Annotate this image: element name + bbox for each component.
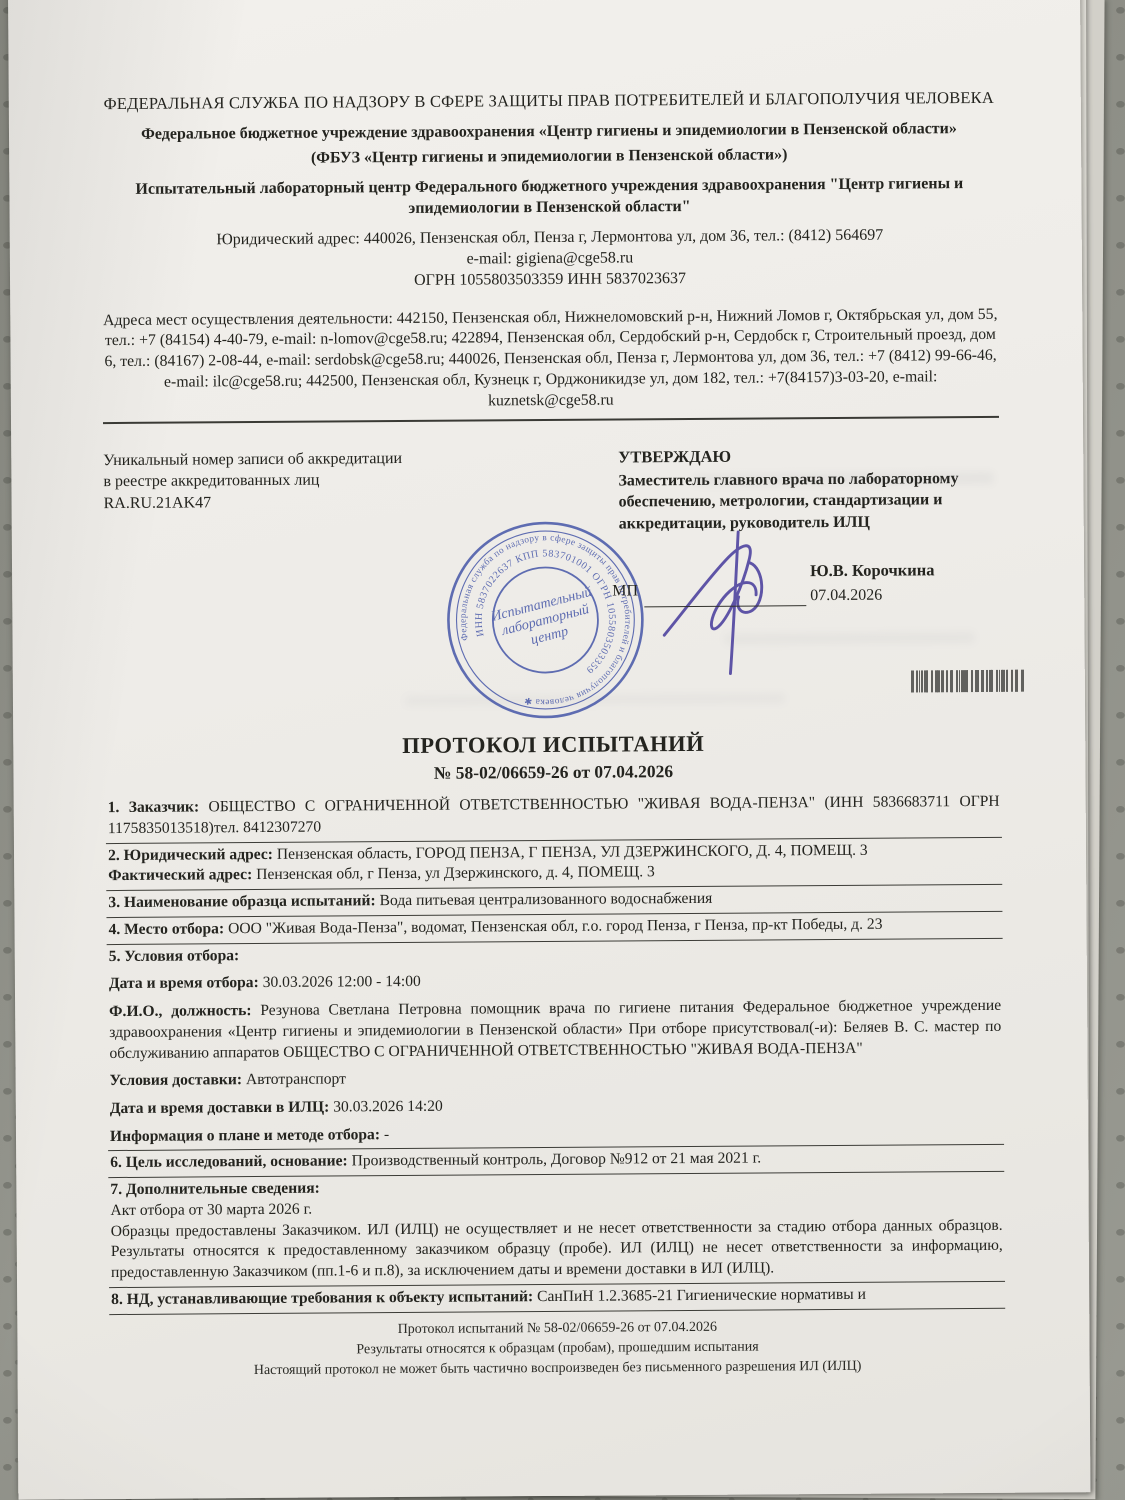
section-line: Условия доставки:Автотранспорт: [110, 1065, 1002, 1092]
approval-date: 07.04.2026: [810, 587, 882, 606]
section-label: 4. Место отбора:: [108, 920, 228, 938]
section-label: Дата и время доставки в ИЛЦ:: [110, 1098, 333, 1117]
testing-lab-center-name: Испытательный лабораторный центр Федерал…: [101, 173, 997, 221]
section-label: 7. Дополнительные сведения:: [110, 1180, 320, 1198]
section-value: Производственный контроль, Договор №912 …: [352, 1150, 762, 1170]
protocol-sections: 1. Заказчик:ОБЩЕСТВО С ОГРАНИЧЕННОЙ ОТВЕ…: [106, 790, 1006, 1315]
page-content: ФЕДЕРАЛЬНАЯ СЛУЖБА ПО НАДЗОРУ В СФЕРЕ ЗА…: [100, 0, 1006, 1383]
section-label: Ф.И.О., должность:: [109, 1002, 260, 1020]
section-label: 6. Цель исследований, основание:: [110, 1153, 352, 1172]
section-value: Пензенская обл, г Пенза, ул Дзержинского…: [256, 864, 655, 884]
section-label: 5. Условия отбора:: [109, 947, 240, 965]
document-title: ПРОТОКОЛ ИСПЫТАНИЙ: [105, 728, 1001, 762]
section-sampling-conditions: 5. Условия отбора: Дата и время отбора:3…: [107, 938, 1004, 1151]
mp-seal-label: МП: [612, 583, 638, 601]
letterhead: ФЕДЕРАЛЬНАЯ СЛУЖБА ПО НАДЗОРУ В СФЕРЕ ЗА…: [100, 0, 999, 415]
section-additional-info: 7. Дополнительные сведения: Акт отбора о…: [108, 1172, 1005, 1288]
section-label: Информация о плане и методе отбора:: [110, 1126, 384, 1145]
section-line: Информация о плане и методе отбора:-: [110, 1121, 1002, 1148]
section-line: 5. Условия отбора:: [109, 940, 1001, 967]
section-customer: 1. Заказчик:ОБЩЕСТВО С ОГРАНИЧЕННОЙ ОТВЕ…: [106, 790, 1002, 844]
approval-block: УТВЕРЖДАЮ Заместитель главного врача по …: [618, 444, 1000, 535]
section-line: 6. Цель исследований, основание:Производ…: [110, 1147, 1002, 1174]
activity-addresses: Адреса мест осуществления деятельности: …: [102, 304, 999, 414]
header-divider: [103, 416, 999, 424]
section-label: Условия доставки:: [110, 1071, 246, 1089]
section-value: -: [384, 1126, 389, 1143]
bleed-through-ghost: [693, 472, 993, 486]
accreditation-number: RA.RU.21AK47: [103, 490, 503, 514]
page-footer: Протокол испытаний № 58-02/06659-26 от 0…: [109, 1315, 1005, 1382]
accreditation-line: Уникальный номер записи об аккредитации: [103, 447, 503, 471]
section-line: 4. Место отбора:ООО "Живая Вода-Пенза", …: [108, 914, 1000, 941]
signature-stroke: [664, 546, 757, 636]
section-value: 30.03.2026 12:00 - 14:00: [263, 973, 421, 991]
signer-name: Ю.В. Корочкина: [810, 560, 935, 581]
section-label: 1. Заказчик:: [108, 799, 209, 817]
handwritten-signature: [656, 526, 783, 683]
photographed-document-scene: ФЕДЕРАЛЬНАЯ СЛУЖБА ПО НАДЗОРУ В СФЕРЕ ЗА…: [0, 0, 1125, 1500]
barcode: [911, 670, 1025, 693]
protocol-page: ФЕДЕРАЛЬНАЯ СЛУЖБА ПО НАДЗОРУ В СФЕРЕ ЗА…: [8, 0, 1090, 1500]
org-full-name: Федеральное бюджетное учреждение здравоо…: [101, 118, 997, 145]
section-value: ООО "Живая Вода-Пенза", водомат, Пензенс…: [228, 916, 883, 938]
section-line: Дата и время доставки в ИЛЦ:30.03.2026 1…: [110, 1093, 1002, 1120]
section-line: 1. Заказчик:ОБЩЕСТВО С ОГРАНИЧЕННОЙ ОТВЕ…: [108, 792, 1000, 840]
org-short-name: (ФБУЗ «Центр гигиены и эпидемиологии в П…: [101, 143, 997, 170]
section-line: 3. Наименование образца испытаний:Вода п…: [108, 887, 1000, 914]
section-value: Вода питьевая централизованного водоснаб…: [380, 890, 713, 909]
section-value: СанПиН 1.2.3685-21 Гигиенические нормати…: [537, 1286, 866, 1305]
section-label: Фактический адрес:: [108, 866, 256, 884]
section-line: Ф.И.О., должность:Резунова Светлана Петр…: [109, 996, 1001, 1064]
section-label: 2. Юридический адрес:: [108, 846, 277, 864]
section-label: Дата и время отбора:: [109, 974, 263, 992]
section-label: 3. Наименование образца испытаний:: [108, 892, 379, 911]
section-line: Дата и время отбора:30.03.2026 12:00 - 1…: [109, 968, 1001, 995]
section-line: 8. НД, устанавливающие требования к объе…: [111, 1284, 1003, 1311]
section-addresses: 2. Юридический адрес:Пензенская область,…: [106, 837, 1002, 891]
section-label: 8. НД, устанавливающие требования к объе…: [111, 1288, 537, 1308]
accreditation-block: Уникальный номер записи об аккредитации …: [103, 447, 504, 538]
section-value: 30.03.2026 14:20: [333, 1098, 443, 1116]
accreditation-line: в реестре аккредитованных лиц: [103, 468, 503, 492]
signature-zone: Федеральная служба по надзору в сфере за…: [104, 532, 1001, 730]
section-value: Пензенская область, ГОРОД ПЕНЗА, Г ПЕНЗА…: [277, 841, 868, 862]
protocol-number: № 58-02/06659-26 от 07.04.2026: [105, 759, 1001, 787]
section-value: Автотранспорт: [246, 1071, 346, 1089]
protocol-title-block: ПРОТОКОЛ ИСПЫТАНИЙ № 58-02/06659-26 от 0…: [105, 728, 1001, 787]
approve-heading: УТВЕРЖДАЮ: [618, 444, 999, 469]
section-line: Образцы предоставлены Заказчиком. ИЛ (ИЛ…: [111, 1215, 1003, 1283]
section-value: ОБЩЕСТВО С ОГРАНИЧЕННОЙ ОТВЕТСТВЕННОСТЬЮ…: [108, 793, 1000, 837]
federal-service-name: ФЕДЕРАЛЬНАЯ СЛУЖБА ПО НАДЗОРУ В СФЕРЕ ЗА…: [101, 87, 997, 115]
section-normative-docs: 8. НД, устанавливающие требования к объе…: [109, 1282, 1005, 1315]
